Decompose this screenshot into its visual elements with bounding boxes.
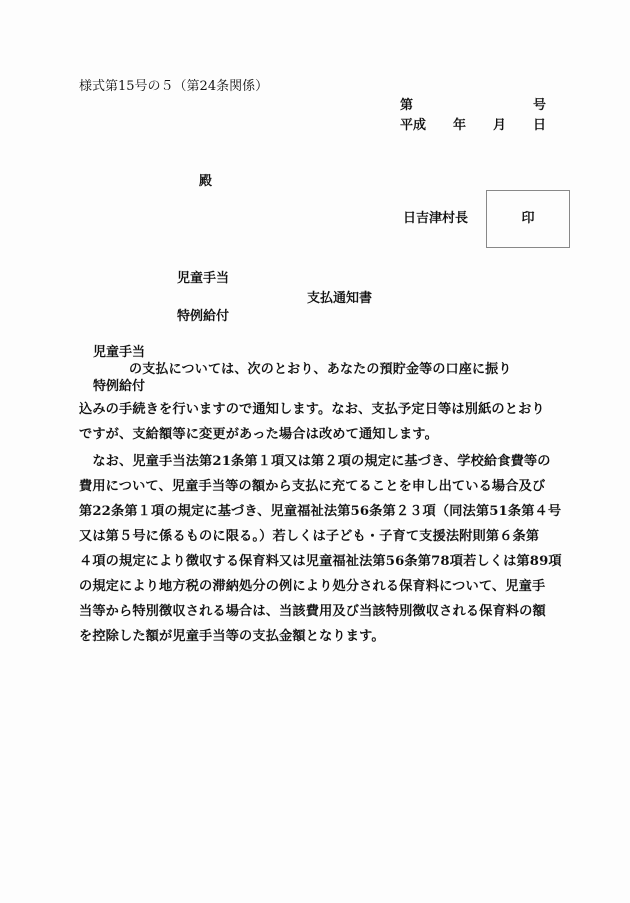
- para2-line: ４項の規定により徴収する保育料又は児童福祉法第56条第78項若しくは第89項: [79, 554, 562, 570]
- date-year-label: 年: [453, 118, 466, 134]
- para2-line: を控除した額が児童手当等の支払金額となります。: [79, 629, 385, 645]
- date-month-label: 月: [493, 118, 506, 134]
- number-suffix: 号: [533, 98, 546, 114]
- seal-box: 印: [486, 190, 570, 248]
- title-option-child-allowance: 児童手当: [177, 271, 229, 287]
- para2-line: 費用について、児童手当等の額から支払に充てることを申し出ている場合及び: [79, 479, 545, 495]
- number-prefix: 第: [400, 98, 413, 114]
- seal-label: 印: [521, 211, 534, 227]
- para2-line: 又は第５号に係るものに限る。）若しくは子ども・子育て支援法附則第６条第: [79, 529, 539, 545]
- para2-line: 第22条第１項の規定に基づき、児童福祉法第56条第２３項（同法第51条第４号: [79, 504, 561, 520]
- para1-line1: の支払については、次のとおり、あなたの預貯金等の口座に振り: [129, 362, 512, 378]
- para2-line: の規定により地方税の滞納処分の例により処分される保育料について、児童手: [79, 579, 545, 595]
- para2-line: 当等から特別徴収される場合は、当該費用及び当該特別徴収される保育料の額: [79, 604, 546, 620]
- issuer-name: 日吉津村長: [403, 211, 468, 227]
- date-day-label: 日: [533, 118, 546, 134]
- date-era: 平成: [400, 118, 426, 134]
- para1-option-child-allowance: 児童手当: [93, 345, 145, 361]
- form-number: 様式第15号の５（第24条関係）: [79, 79, 268, 95]
- para1-option-special-benefit: 特例給付: [93, 379, 145, 395]
- para2-line: なお、児童手当法第21条第１項又は第２項の規定に基づき、学校給食費等の: [79, 454, 551, 470]
- para1-line: 込みの手続きを行いますので通知します。なお、支払予定日等は別紙のとおり: [79, 402, 545, 418]
- title-main: 支払通知書: [307, 291, 372, 307]
- addressee-honorific: 殿: [199, 174, 212, 190]
- title-option-special-benefit: 特例給付: [177, 309, 229, 325]
- para1-line: ですが、支給額等に変更があった場合は改めて通知します。: [79, 427, 438, 443]
